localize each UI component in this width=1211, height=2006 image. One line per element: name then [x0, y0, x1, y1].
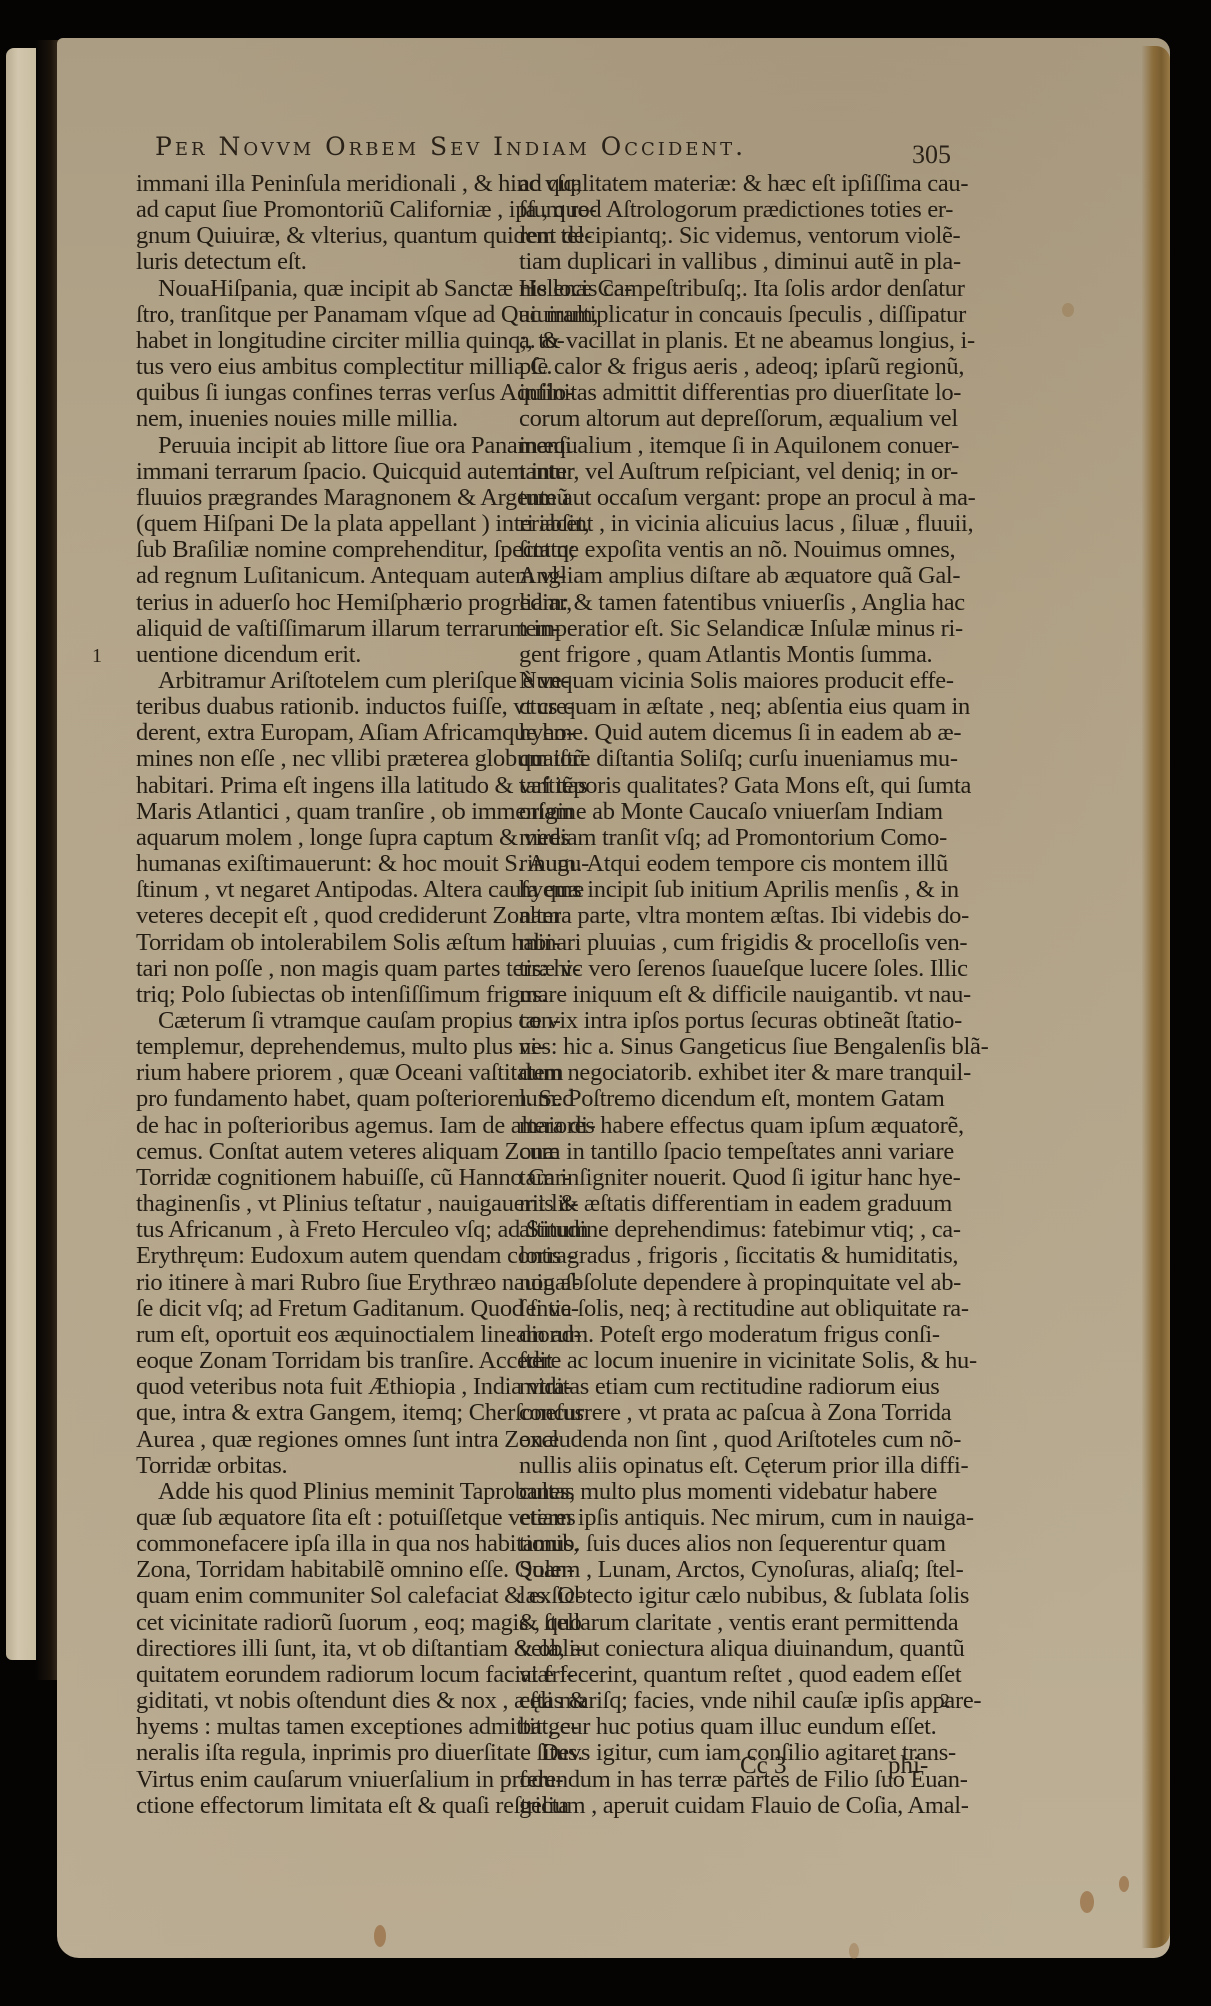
text-line: tari tẽporis qualitates? Gata Mons eſt, … [519, 773, 921, 799]
text-line: infinitas admittit differentias pro diue… [519, 380, 921, 406]
text-line: rium habere priorem , quæ Oceani vaſtita… [136, 1060, 516, 1086]
text-line: rum eſt, oportuit eos æquinoctialem line… [136, 1322, 516, 1348]
text-line: viæ fecerint, quantum reſtet , quod eade… [519, 1662, 921, 1688]
signature-mark: Cc 3 [740, 1752, 787, 1780]
text-line: Peruuia incipit ab littore ſiue ora Pana… [136, 433, 516, 459]
previous-page-edge [6, 48, 36, 1660]
text-line: Erythręum: Eudoxum autem quendam contra- [136, 1243, 516, 1269]
page-number: 305 [912, 140, 951, 170]
text-line: quibus ſi iungas confines terras verſus … [136, 380, 516, 406]
text-line: giditati, vt nobis oſtendunt dies & nox … [136, 1688, 516, 1714]
text-line: teribus duabus rationib. inductos fuiſſe… [136, 694, 516, 720]
text-line: mediam tranſit vſq; ad Promontorium Como… [519, 825, 921, 851]
text-line: hyeme. Quid autem dicemus ſi in eadem ab… [519, 720, 921, 746]
text-line: gelium , aperuit cuidam Flauio de Coſia,… [519, 1793, 921, 1819]
foxing-stain [1062, 303, 1074, 317]
text-line: ri abſint , in vicinia alicuius lacus , … [519, 511, 921, 537]
text-line: excludenda non ſint , quod Ariſtoteles c… [519, 1427, 921, 1453]
text-line: terius in aduerſo hoc Hemiſphærio progre… [136, 590, 516, 616]
text-line: pſe calor & frigus aeris , adeoq; ipſarũ… [519, 354, 921, 380]
catchword: phi- [888, 1752, 928, 1780]
text-line: cet vicinitate radiorũ ſuorum , eoq; mag… [136, 1610, 516, 1636]
text-line: ſtinum , vt negaret Antipodas. Altera ca… [136, 877, 516, 903]
text-line: gent frigore , quam Atlantis Montis ſumm… [519, 642, 921, 668]
text-line: lum. Poſtremo dicendum eſt, montem Gatam [519, 1086, 921, 1112]
text-line: maiores habere effectus quam ipſum æquat… [519, 1113, 921, 1139]
text-line: altera parte, vltra montem æſtas. Ibi vi… [519, 903, 921, 929]
running-head: Per Novvm Orbem Sev Indiam Occident. [155, 132, 855, 161]
text-line: concurrere , vt prata ac paſcua à Zona T… [519, 1400, 921, 1426]
text-line: Aurea , quæ regiones omnes ſunt intra Zo… [136, 1427, 516, 1453]
text-line: Angliam amplius diſtare ab æquatore quã … [519, 563, 921, 589]
text-line: tam inſigniter nouerit. Quod ſi igitur h… [519, 1165, 921, 1191]
text-line: tiam duplicari in vallibus , diminui aut… [519, 249, 921, 275]
text-line: aliquid de vaſtiſſimarum illarum terraru… [136, 616, 516, 642]
text-line: eoque Zonam Torridam bis tranſire. Acced… [136, 1348, 516, 1374]
text-line: cum in tantillo ſpacio tempeſtates anni … [519, 1139, 921, 1165]
text-line: rent decipiantq;. Sic videmus, ventorum … [519, 223, 921, 249]
text-line: altitudine deprehendimus: fatebimur vtiq… [519, 1217, 921, 1243]
text-line: non abſolute dependere à propinquitate v… [519, 1270, 921, 1296]
text-line: luris detectum eſt. [136, 249, 516, 275]
text-line: mines non eſſe , nec vllibi præterea glo… [136, 746, 516, 772]
text-line: triq; Polo ſubiectas ob intenſiſſimum fr… [136, 982, 516, 1008]
text-line: quam enim communiter Sol calefaciat & ex… [136, 1583, 516, 1609]
text-line: tum aut occaſum vergant: prope an procul… [519, 485, 921, 511]
text-line: commonefacere ipſa illa in qua nos habit… [136, 1531, 516, 1557]
text-line: directiores illi ſunt, ita, vt ob diſtan… [136, 1636, 516, 1662]
text-line: Zona, Torridam habitabilẽ omnino eſſe. Q… [136, 1557, 516, 1583]
text-line: Nunquam vicinia Solis maiores producit e… [519, 668, 921, 694]
text-line: ac multiplicatur in concauis ſpeculis , … [519, 302, 921, 328]
text-line: etiam ipſis antiquis. Nec mirum, cum in … [519, 1505, 921, 1531]
text-line: quæ ſub æquatore ſita eſt : potuiſſetque… [136, 1505, 516, 1531]
text-line: rinum. Atqui eodem tempore cis montem il… [519, 851, 921, 877]
text-line: Cæterum ſi vtramque cauſam propius con- [136, 1008, 516, 1034]
text-line: (quem Hiſpani De la plata appellant ) in… [136, 511, 516, 537]
text-line: Torridam ob intolerabilem Solis æſtum ha… [136, 930, 516, 956]
text-line: habet in longitudine circiter millia qui… [136, 328, 516, 354]
text-line: a. & vacillat in planis. Et ne abeamus l… [519, 328, 921, 354]
text-line: Torridæ orbitas. [136, 1453, 516, 1479]
text-line: diorum. Poteſt ergo moderatum frigus con… [519, 1322, 921, 1348]
text-line: Arbitramur Ariſtotelem cum pleriſque è v… [136, 668, 516, 694]
text-line: habitari. Prima eſt ingens illa latitudo… [136, 773, 516, 799]
text-line: nes: hic a. Sinus Gangeticus ſiue Bengal… [519, 1034, 921, 1060]
text-line: quitatem eorundem radiorum locum faciat … [136, 1662, 516, 1688]
text-line: tus Africanum , à Freto Herculeo vſq; ad… [136, 1217, 516, 1243]
text-line: minari pluuias , cum frigidis & procello… [519, 930, 921, 956]
text-line: aquarum molem , longe ſupra captum & vir… [136, 825, 516, 851]
text-line: ſentia ſolis, neq; à rectitudine aut obl… [519, 1296, 921, 1322]
text-line: que, intra & extra Gangem, itemq; Cherſo… [136, 1400, 516, 1426]
text-line: de hac in poſterioribus agemus. Iam de a… [136, 1113, 516, 1139]
text-line: ſub Braſiliæ nomine comprehenditur, ſpec… [136, 537, 516, 563]
text-line: corum altorum aut depreſſorum, æqualium … [519, 406, 921, 432]
text-line: tus vero eius ambitus complectitur milli… [136, 354, 516, 380]
text-line: fluuios prægrandes Maragnonem & Argenteũ [136, 485, 516, 511]
foxing-stain [1119, 1876, 1129, 1892]
text-line: immani terrarum ſpacio. Quicquid autem i… [136, 459, 516, 485]
text-line: inæqualium , itemque ſi in Aquilonem con… [519, 433, 921, 459]
text-line: ctus quam in æſtate , neq; abſentia eius… [519, 694, 921, 720]
text-line: thaginenſis , vt Plinius teſtatur , naui… [136, 1191, 516, 1217]
text-line: ad regnum Luſitanicum. Antequam autem vl… [136, 563, 516, 589]
right-column-text: ad qualitatem materiæ: & hæc eſt ipſiſſi… [519, 171, 921, 1819]
text-line: nis locis campeſtribuſq;. Ita ſolis ardo… [519, 276, 921, 302]
text-line: ſa , quod Aſtrologorum prædictiones toti… [519, 197, 921, 223]
text-line: las. Obtecto igitur cælo nubibus, & ſubl… [519, 1583, 921, 1609]
text-line: rio itinere à mari Rubro ſiue Erythræo n… [136, 1270, 516, 1296]
text-line: nem, inuenies nouies mille millia. [136, 406, 516, 432]
text-line: NouaHiſpania, quæ incipit ab Sanctæ Hele… [136, 276, 516, 302]
text-line: neralis iſta regula, inprimis pro diuerſ… [136, 1740, 516, 1766]
text-line: tæ vix intra ipſos portus ſecuras obtine… [519, 1008, 921, 1034]
text-line: ſtro, tranſitque per Panamam vſque ad Qu… [136, 302, 516, 328]
text-line: uentione dicendum erit. [136, 642, 516, 668]
text-line: cęli mariſq; facies, vnde nihil cauſæ ip… [519, 1688, 921, 1714]
foxing-stain [1080, 1891, 1094, 1913]
text-line: ctione effectorum limitata eſt & quaſi r… [136, 1793, 516, 1819]
text-line: ſint ne expoſita ventis an nõ. Nouimus o… [519, 537, 921, 563]
text-line: mare iniquum eſt & difficile nauigantib.… [519, 982, 921, 1008]
text-line: mis & æſtatis differentiam in eadem grad… [519, 1191, 921, 1217]
text-line: cemus. Conſtat autem veteres aliquam Zon… [136, 1139, 516, 1165]
text-line: Virtus enim cauſarum vniuerſalium in pro… [136, 1767, 516, 1793]
text-line: immani illa Peninſula meridionali , & hi… [136, 171, 516, 197]
text-line: nullis aliis opinatus eſt. Cęterum prior… [519, 1453, 921, 1479]
text-line: pro fundamento habet, quam poſteriorem. … [136, 1086, 516, 1112]
text-line: Solem , Lunam, Arctos, Cynoſuras, aliaſq… [519, 1557, 921, 1583]
text-line: ſtere ac locum inuenire in vicinitate So… [519, 1348, 921, 1374]
foxing-stain [849, 1943, 859, 1959]
text-line: ad caput ſiue Promontoriũ Californiæ , i… [136, 197, 516, 223]
left-column-text: immani illa Peninſula meridionali , & hi… [136, 171, 516, 1819]
text-line: tis: hic vero ſerenos ſuaueſque lucere ſ… [519, 956, 921, 982]
text-line: & ſtellarum claritate , ventis erant per… [519, 1610, 921, 1636]
text-line: veteres decepit eſt , quod crediderunt Z… [136, 903, 516, 929]
text-line: Torridæ cognitionem habuiſſe, cũ Hanno C… [136, 1165, 516, 1191]
foxing-stain [374, 1925, 386, 1947]
text-line: Adde his quod Plinius meminit Taprobanes… [136, 1479, 516, 1505]
text-line: dum negociatorib. exhibet iter & mare tr… [519, 1060, 921, 1086]
text-line: tari non poſſe , non magis quam partes t… [136, 956, 516, 982]
text-line: derent, extra Europam, Aſiam Africamque … [136, 720, 516, 746]
text-line: Devs igitur, cum iam conſilio agitaret t… [519, 1740, 921, 1766]
text-line: liam: & tamen fatentibus vniuerſis , Ang… [519, 590, 921, 616]
text-line: bat, cur huc potius quam illuc eundum eſ… [519, 1714, 921, 1740]
text-line: hyems : multas tamen exceptiones admitti… [136, 1714, 516, 1740]
text-line: tantur, vel Auſtrum reſpiciant, vel deni… [519, 459, 921, 485]
text-line: loris gradus , frigoris , ſiccitatis & h… [519, 1243, 921, 1269]
text-line: quod veteribus nota fuit Æthiopia , Indi… [136, 1374, 516, 1400]
page-fore-edge [1142, 46, 1170, 1948]
text-line: ſe dicit vſq; ad Fretum Gaditanum. Quod … [136, 1296, 516, 1322]
text-line: ad qualitatem materiæ: & hæc eſt ipſiſſi… [519, 171, 921, 197]
text-line: quatore diſtantia Soliſq; curſu inueniam… [519, 746, 921, 772]
text-line: vela, aut coniectura aliqua diuinandum, … [519, 1636, 921, 1662]
text-line: templemur, deprehendemus, multo plus vi- [136, 1034, 516, 1060]
marginal-note-1: 1 [92, 645, 102, 668]
text-line: cultas multo plus momenti videbatur habe… [519, 1479, 921, 1505]
text-line: hyems incipit ſub initium Aprilis menſis… [519, 877, 921, 903]
text-line: ferendum in has terræ partes de Filio ſu… [519, 1767, 921, 1793]
text-line: gnum Quiuiræ, & vlterius, quantum quidem… [136, 223, 516, 249]
text-line: miditas etiam cum rectitudine radiorum e… [519, 1374, 921, 1400]
text-line: humanas exiſtimauerunt: & hoc mouit S. A… [136, 851, 516, 877]
text-line: origine ab Monte Caucaſo vniuerſam India… [519, 799, 921, 825]
text-line: temperatior eſt. Sic Selandicæ Inſulæ mi… [519, 616, 921, 642]
text-line: tionib. ſuis duces alios non ſequerentur… [519, 1531, 921, 1557]
text-line: Maris Atlantici , quam tranſire , ob imm… [136, 799, 516, 825]
